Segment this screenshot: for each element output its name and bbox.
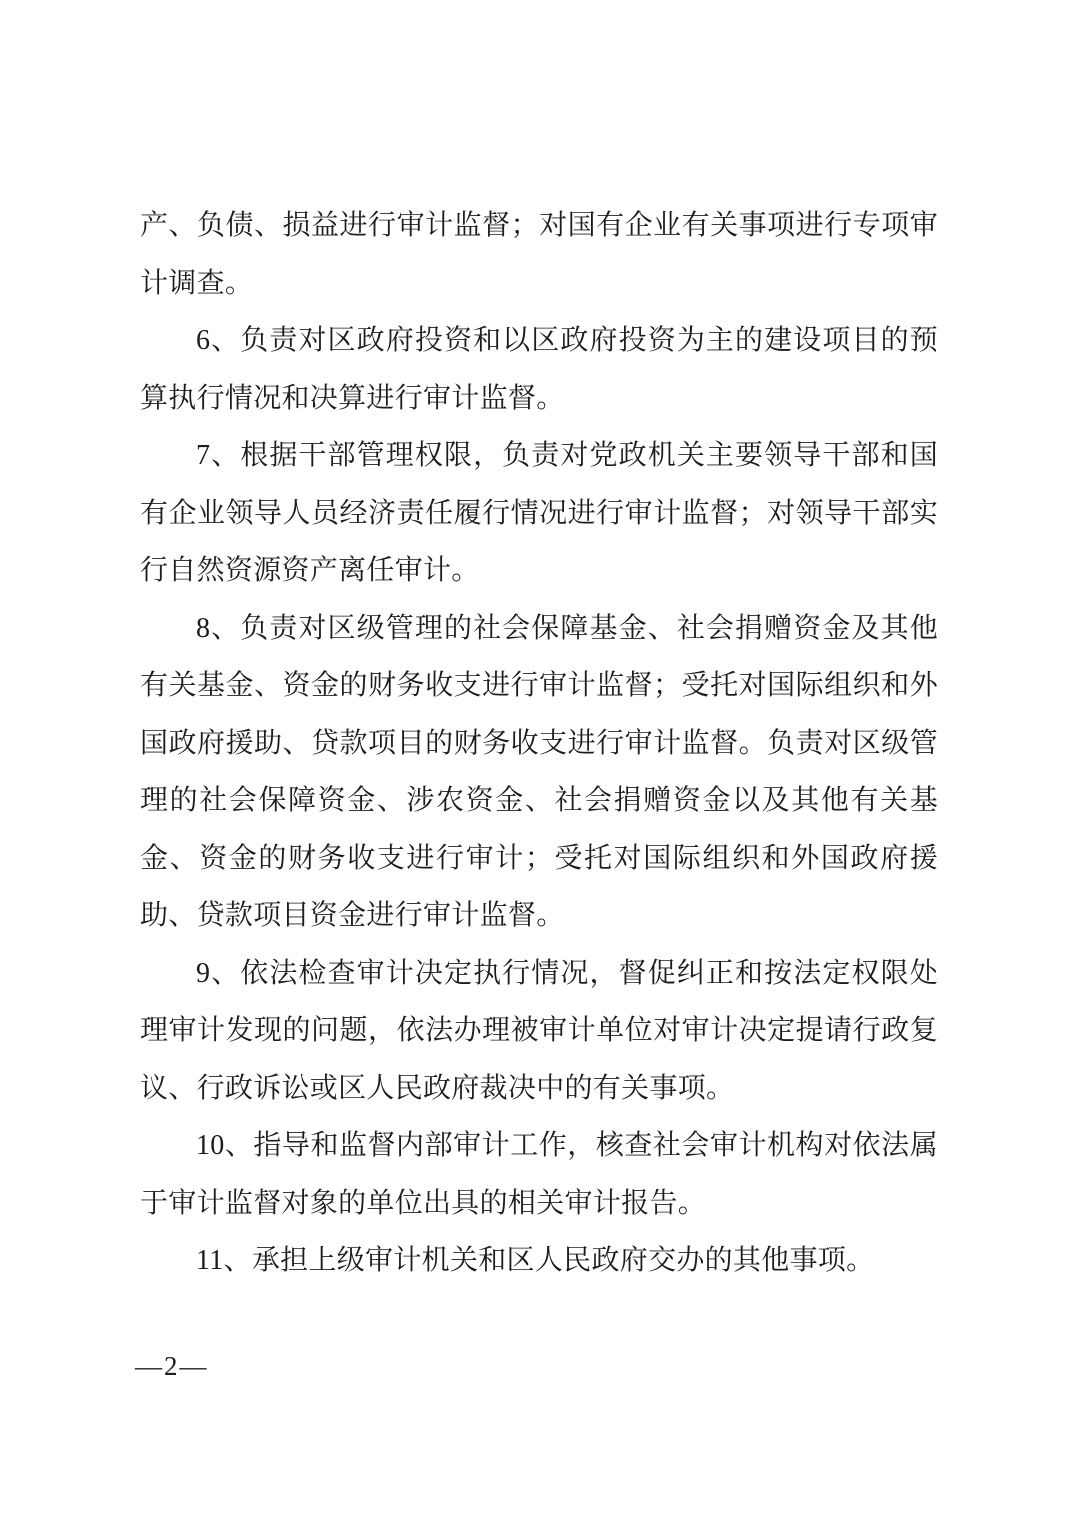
paragraph-item-11: 11、承担上级审计机关和区人民政府交办的其他事项。 [140, 1232, 938, 1290]
paragraph-continuation: 产、负债、损益进行审计监督；对国有企业有关事项进行专项审计调查。 [140, 197, 938, 312]
paragraph-item-7: 7、根据干部管理权限，负责对党政机关主要领导干部和国有企业领导人员经济责任履行情… [140, 427, 938, 600]
document-page: 产、负债、损益进行审计监督；对国有企业有关事项进行专项审计调查。 6、负责对区政… [0, 0, 1074, 1520]
page-number: —2— [135, 1346, 209, 1386]
paragraph-item-9: 9、依法检查审计决定执行情况，督促纠正和按法定权限处理审计发现的问题，依法办理被… [140, 945, 938, 1118]
paragraph-item-8: 8、负责对区级管理的社会保障基金、社会捐赠资金及其他有关基金、资金的财务收支进行… [140, 600, 938, 945]
paragraph-item-6: 6、负责对区政府投资和以区政府投资为主的建设项目的预算执行情况和决算进行审计监督… [140, 312, 938, 427]
document-body: 产、负债、损益进行审计监督；对国有企业有关事项进行专项审计调查。 6、负责对区政… [140, 197, 938, 1290]
paragraph-item-10: 10、指导和监督内部审计工作，核查社会审计机构对依法属于审计监督对象的单位出具的… [140, 1117, 938, 1232]
